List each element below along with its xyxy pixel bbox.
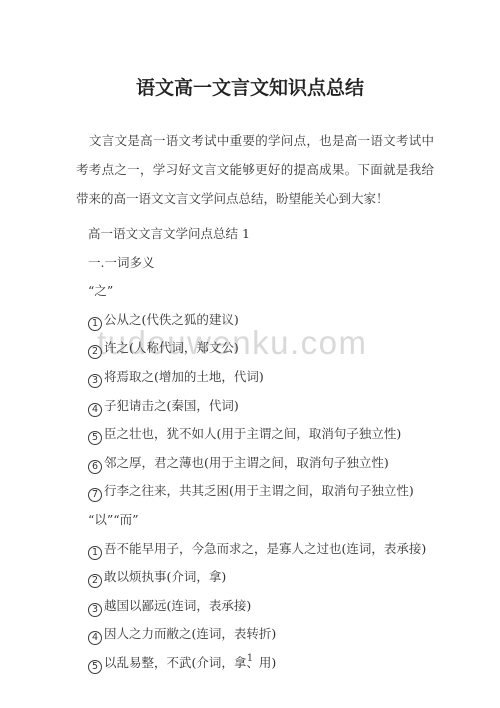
- list-item: 3越国以鄙远(连词，表承接): [88, 592, 460, 621]
- circled-number-icon: 2: [88, 574, 102, 588]
- circled-number-icon: 4: [88, 631, 102, 645]
- list-item-text: 许之(人称代词，郑文公): [104, 340, 239, 355]
- list-item: 4子犯请击之(秦国，代词): [88, 392, 460, 421]
- list-item-text: 因人之力而敝之(连词，表转折): [104, 626, 276, 641]
- section-heading: 高一语文文言文学问点总结 1: [88, 220, 460, 249]
- circled-number-icon: 1: [88, 546, 102, 560]
- section-subheading: 一.一词多义: [88, 249, 460, 278]
- group-label-yi-er: “以”“而”: [88, 506, 460, 535]
- list-item-text: 行李之往来，共其乏困(用于主谓之间，取消句子独立性): [104, 483, 414, 498]
- list-item: 4因人之力而敝之(连词，表转折): [88, 620, 460, 649]
- list-item: 2敢以烦执事(介词，拿): [88, 563, 460, 592]
- intro-line: 考考点之一，学习好文言文能够更好的提高成果。下面就是我给大家: [76, 155, 434, 184]
- circled-number-icon: 1: [88, 317, 102, 331]
- list-item: 2许之(人称代词，郑文公): [88, 334, 460, 363]
- list-item-text: 邻之厚，君之薄也(用于主谓之间，取消句子独立性): [104, 455, 389, 470]
- page-number: 1: [0, 652, 500, 664]
- list-item: 7行李之往来，共其乏困(用于主谓之间，取消句子独立性): [88, 477, 460, 506]
- list-item-text: 臣之壮也，犹不如人(用于主谓之间，取消句子独立性): [104, 426, 401, 441]
- group-label-zhi: “之”: [88, 277, 460, 306]
- intro-line: 带来的高一语文文言文学问点总结，盼望能关心到大家！: [76, 184, 434, 213]
- circled-number-icon: 7: [88, 488, 102, 502]
- list-item-text: 敢以烦执事(介词，拿): [104, 569, 226, 584]
- circled-number-icon: 3: [88, 603, 102, 617]
- document-title: 语文高一文言文知识点总结: [0, 0, 500, 100]
- list-item-text: 子犯请击之(秦国，代词): [104, 398, 239, 413]
- list-item-text: 越国以鄙远(连词，表承接): [104, 598, 251, 613]
- list-item-text: 吾不能早用子，今急而求之，是寡人之过也(连词，表承接): [104, 541, 426, 556]
- list-item: 6邻之厚，君之薄也(用于主谓之间，取消句子独立性): [88, 449, 460, 478]
- list-item: 1公从之(代佚之狐的建议): [88, 306, 460, 335]
- list-item-text: 公从之(代佚之狐的建议): [104, 312, 239, 327]
- list-item: 3将焉取之(增加的土地，代词): [88, 363, 460, 392]
- list-item-text: 将焉取之(增加的土地，代词): [104, 369, 264, 384]
- circled-number-icon: 5: [88, 431, 102, 445]
- section-content: 高一语文文言文学问点总结 1 一.一词多义 “之” 1公从之(代佚之狐的建议) …: [88, 220, 460, 678]
- intro-paragraph: 文言文是高一语文考试中重要的学问点，也是高一语文考试中的必 考考点之一，学习好文…: [76, 126, 434, 213]
- circled-number-icon: 3: [88, 374, 102, 388]
- intro-line: 文言文是高一语文考试中重要的学问点，也是高一语文考试中的必: [76, 126, 434, 155]
- circled-number-icon: 4: [88, 403, 102, 417]
- list-item: 5臣之壮也，犹不如人(用于主谓之间，取消句子独立性): [88, 420, 460, 449]
- document-page: tudouwenku.com 语文高一文言文知识点总结 文言文是高一语文考试中重…: [0, 0, 500, 708]
- circled-number-icon: 6: [88, 460, 102, 474]
- list-item: 1吾不能早用子，今急而求之，是寡人之过也(连词，表承接): [88, 535, 460, 564]
- circled-number-icon: 2: [88, 345, 102, 359]
